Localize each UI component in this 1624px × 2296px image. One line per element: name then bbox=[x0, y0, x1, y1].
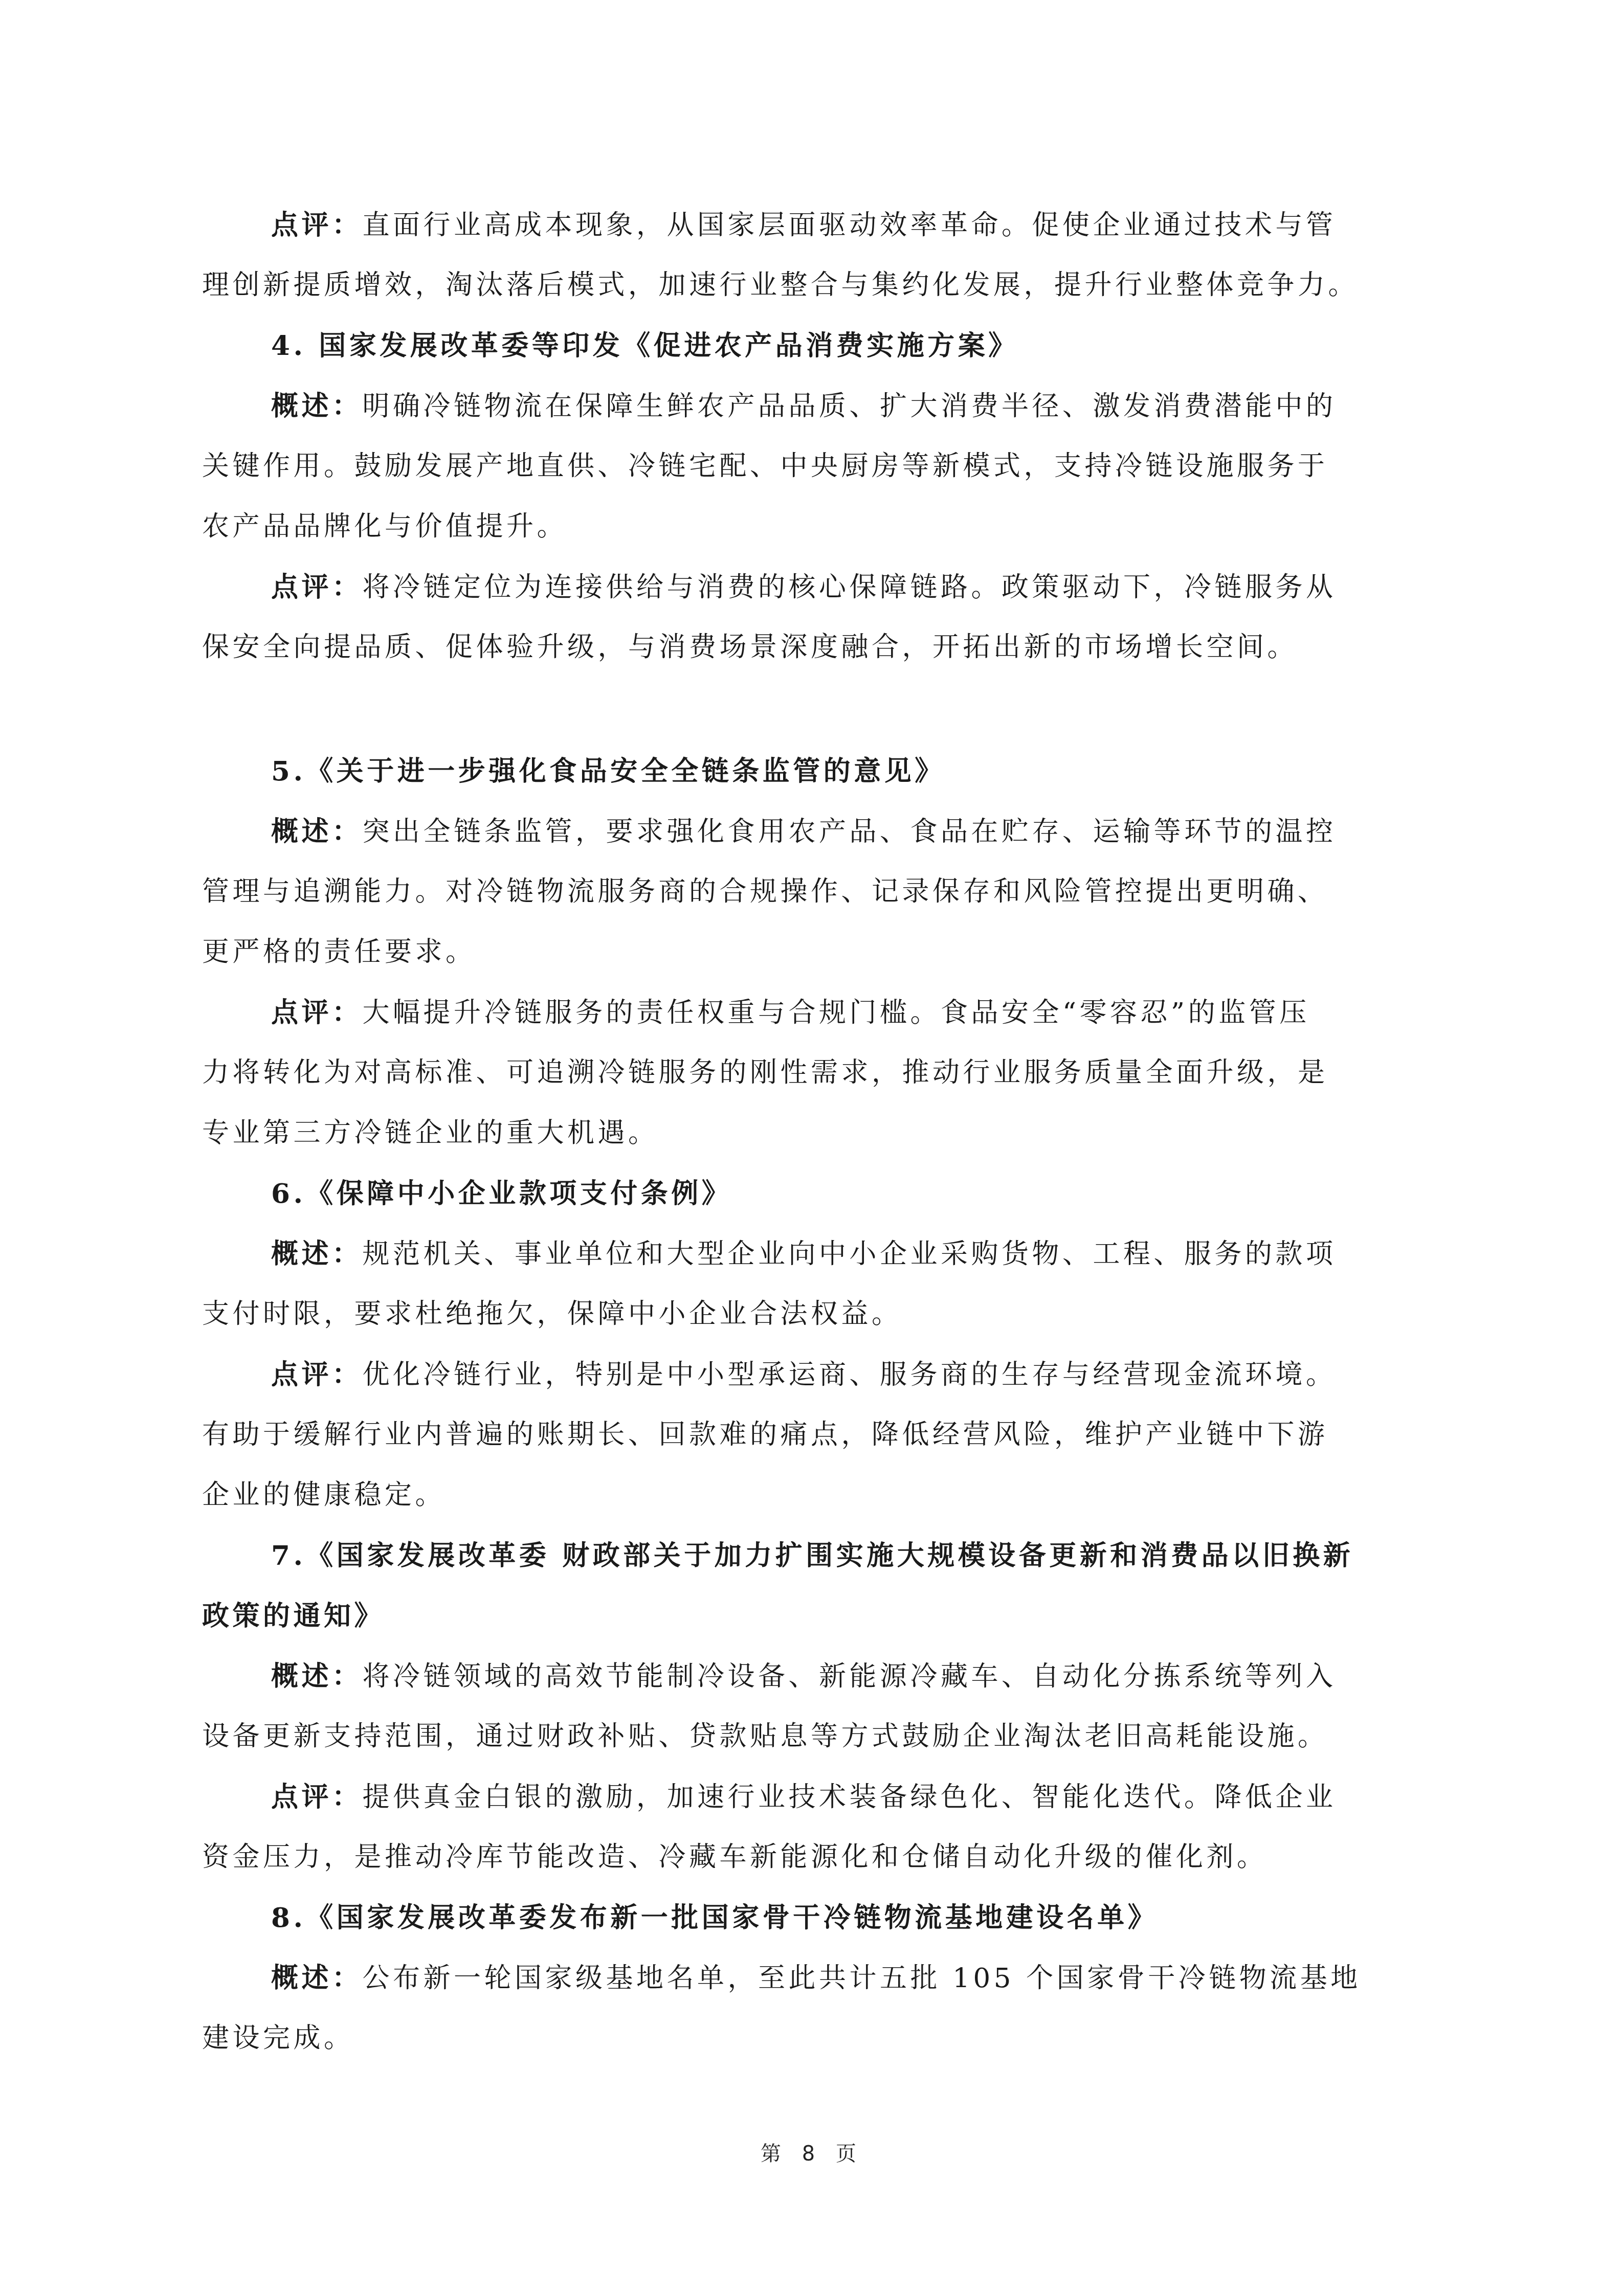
paragraph-line: 资金压力，是推动冷库节能改造、冷藏车新能源化和仓储自动化升级的催化剂。 bbox=[202, 1837, 1425, 1878]
paragraph-label: 点评： bbox=[271, 997, 363, 1028]
section-heading: 政策的通知》 bbox=[202, 1595, 1425, 1636]
paragraph-line: 有助于缓解行业内普遍的账期长、回款难的痛点，降低经营风险，维护产业链中下游 bbox=[202, 1414, 1425, 1455]
paragraph-line: 概述：公布新一轮国家级基地名单，至此共计五批 105 个国家骨干冷链物流基地 bbox=[202, 1957, 1425, 1998]
paragraph-line: 关键作用。鼓励发展产地直供、冷链宅配、中央厨房等新模式，支持冷链设施服务于 bbox=[202, 446, 1425, 487]
paragraph-line: 概述：规范机关、事业单位和大型企业向中小企业采购货物、工程、服务的款项 bbox=[202, 1233, 1425, 1274]
paragraph-label: 点评： bbox=[271, 209, 363, 241]
paragraph-line: 概述：明确冷链物流在保障生鲜农产品品质、扩大消费半径、激发消费潜能中的 bbox=[202, 386, 1425, 426]
paragraph-label: 概述： bbox=[271, 816, 363, 847]
paragraph-line: 农产品品牌化与价值提升。 bbox=[202, 506, 1425, 547]
line-text: 直面行业高成本现象，从国家层面驱动效率革命。促使企业通过技术与管 bbox=[363, 210, 1337, 241]
line-text: 管理与追溯能力。对冷链物流服务商的合规操作、记录保存和风险管控提出更明确、 bbox=[202, 876, 1328, 907]
paragraph-line: 理创新提质增效，淘汰落后模式，加速行业整合与集约化发展，提升行业整体竞争力。 bbox=[202, 265, 1425, 306]
line-text: 6.《保障中小企业款项支付条例》 bbox=[271, 1178, 732, 1209]
line-text: 设备更新支持范围，通过财政补贴、贷款贴息等方式鼓励企业淘汰老旧高耗能设施。 bbox=[202, 1721, 1328, 1752]
line-text: 大幅提升冷链服务的责任权重与合规门槛。食品安全“零容忍”的监管压 bbox=[363, 997, 1310, 1028]
paragraph-line: 概述：将冷链领域的高效节能制冷设备、新能源冷藏车、自动化分拣系统等列入 bbox=[202, 1656, 1425, 1697]
paragraph-label: 概述： bbox=[271, 1660, 363, 1692]
section-heading: 5.《关于进一步强化食品安全全链条监管的意见》 bbox=[202, 751, 1425, 792]
paragraph-line: 更严格的责任要求。 bbox=[202, 932, 1425, 973]
line-text: 农产品品牌化与价值提升。 bbox=[202, 511, 567, 542]
line-text: 保安全向提品质、促体验升级，与消费场景深度融合，开拓出新的市场增长空间。 bbox=[202, 632, 1298, 663]
paragraph-label: 概述： bbox=[271, 1238, 363, 1270]
section-heading: 8.《国家发展改革委发布新一批国家骨干冷链物流基地建设名单》 bbox=[202, 1897, 1425, 1938]
paragraph-label: 点评： bbox=[271, 1359, 363, 1390]
paragraph-label: 点评： bbox=[271, 571, 363, 603]
section-heading: 6.《保障中小企业款项支付条例》 bbox=[202, 1173, 1425, 1214]
section-heading: 7.《国家发展改革委 财政部关于加力扩围实施大规模设备更新和消费品以旧换新 bbox=[202, 1535, 1425, 1576]
page-number: 第 8 页 bbox=[0, 2137, 1624, 2167]
line-text: 5.《关于进一步强化食品安全全链条监管的意见》 bbox=[271, 755, 945, 787]
line-text: 企业的健康稳定。 bbox=[202, 1479, 446, 1511]
line-text: 提供真金白银的激励，加速行业技术装备绿色化、智能化迭代。降低企业 bbox=[363, 1782, 1337, 1813]
paragraph-line: 概述：突出全链条监管，要求强化食用农产品、食品在贮存、运输等环节的温控 bbox=[202, 811, 1425, 852]
paragraph-line: 点评：直面行业高成本现象，从国家层面驱动效率革命。促使企业通过技术与管 bbox=[202, 205, 1425, 245]
paragraph-line: 点评：大幅提升冷链服务的责任权重与合规门槛。食品安全“零容忍”的监管压 bbox=[202, 992, 1425, 1033]
paragraph-line: 管理与追溯能力。对冷链物流服务商的合规操作、记录保存和风险管控提出更明确、 bbox=[202, 871, 1425, 912]
line-text: 优化冷链行业，特别是中小型承运商、服务商的生存与经营现金流环境。 bbox=[363, 1359, 1337, 1390]
paragraph-line: 力将转化为对高标准、可追溯冷链服务的刚性需求，推动行业服务质量全面升级，是 bbox=[202, 1052, 1425, 1093]
line-text: 力将转化为对高标准、可追溯冷链服务的刚性需求，推动行业服务质量全面升级，是 bbox=[202, 1057, 1328, 1088]
paragraph-line: 支付时限，要求杜绝拖欠，保障中小企业合法权益。 bbox=[202, 1294, 1425, 1335]
paragraph-label: 概述： bbox=[271, 390, 363, 422]
line-text: 8.《国家发展改革委发布新一批国家骨干冷链物流基地建设名单》 bbox=[271, 1902, 1158, 1933]
paragraph-line: 专业第三方冷链企业的重大机遇。 bbox=[202, 1113, 1425, 1154]
paragraph-line: 企业的健康稳定。 bbox=[202, 1475, 1425, 1516]
line-text: 将冷链定位为连接供给与消费的核心保障链路。政策驱动下，冷链服务从 bbox=[363, 572, 1337, 603]
paragraph-line: 点评：提供真金白银的激励，加速行业技术装备绿色化、智能化迭代。降低企业 bbox=[202, 1776, 1425, 1817]
line-text: 明确冷链物流在保障生鲜农产品品质、扩大消费半径、激发消费潜能中的 bbox=[363, 391, 1337, 422]
line-text: 公布新一轮国家级基地名单，至此共计五批 105 个国家骨干冷链物流基地 bbox=[363, 1963, 1361, 1994]
line-text: 将冷链领域的高效节能制冷设备、新能源冷藏车、自动化分拣系统等列入 bbox=[363, 1661, 1337, 1692]
line-text: 支付时限，要求杜绝拖欠，保障中小企业合法权益。 bbox=[202, 1298, 902, 1330]
paragraph-label: 点评： bbox=[271, 1781, 363, 1813]
line-text: 4. 国家发展改革委等印发《促进农产品消费实施方案》 bbox=[271, 330, 1019, 362]
line-text: 关键作用。鼓励发展产地直供、冷链宅配、中央厨房等新模式，支持冷链设施服务于 bbox=[202, 451, 1328, 482]
line-text: 建设完成。 bbox=[202, 2022, 354, 2054]
paragraph-line: 点评：优化冷链行业，特别是中小型承运商、服务商的生存与经营现金流环境。 bbox=[202, 1354, 1425, 1395]
paragraph-line: 设备更新支持范围，通过财政补贴、贷款贴息等方式鼓励企业淘汰老旧高耗能设施。 bbox=[202, 1716, 1425, 1757]
line-text: 资金压力，是推动冷库节能改造、冷藏车新能源化和仓储自动化升级的催化剂。 bbox=[202, 1841, 1267, 1873]
line-text: 7.《国家发展改革委 财政部关于加力扩围实施大规模设备更新和消费品以旧换新 bbox=[271, 1540, 1353, 1571]
paragraph-line: 建设完成。 bbox=[202, 2018, 1425, 2059]
paragraph-label: 概述： bbox=[271, 1962, 363, 1994]
line-text: 理创新提质增效，淘汰落后模式，加速行业整合与集约化发展，提升行业整体竞争力。 bbox=[202, 269, 1359, 301]
line-text: 规范机关、事业单位和大型企业向中小企业采购货物、工程、服务的款项 bbox=[363, 1239, 1337, 1270]
line-text: 突出全链条监管，要求强化食用农产品、食品在贮存、运输等环节的温控 bbox=[363, 816, 1337, 847]
paragraph-line: 点评：将冷链定位为连接供给与消费的核心保障链路。政策驱动下，冷链服务从 bbox=[202, 567, 1425, 607]
line-text: 政策的通知》 bbox=[202, 1600, 385, 1632]
line-text: 有助于缓解行业内普遍的账期长、回款难的痛点，降低经营风险，维护产业链中下游 bbox=[202, 1419, 1328, 1450]
line-text: 专业第三方冷链企业的重大机遇。 bbox=[202, 1117, 659, 1149]
section-heading: 4. 国家发展改革委等印发《促进农产品消费实施方案》 bbox=[202, 325, 1425, 366]
paragraph-line: 保安全向提品质、促体验升级，与消费场景深度融合，开拓出新的市场增长空间。 bbox=[202, 627, 1425, 668]
line-text: 更严格的责任要求。 bbox=[202, 936, 476, 967]
